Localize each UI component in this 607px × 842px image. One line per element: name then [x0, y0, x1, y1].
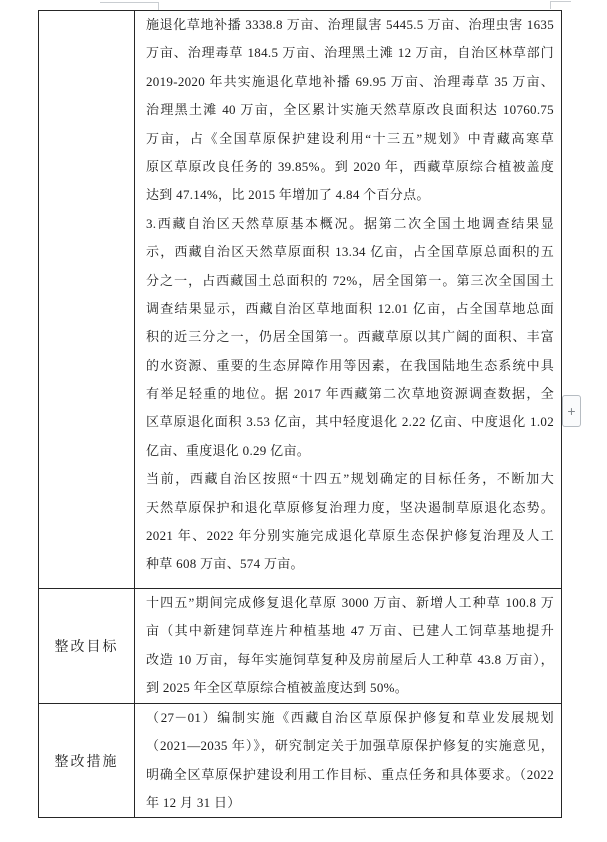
text-line: 治理黑土滩 40 万亩，全区累计实施天然草原改良面积达 10760.75 — [146, 96, 554, 124]
table-row-continuation: 施退化草地补播 3338.8 万亩、治理鼠害 5445.5 万亩、治理虫害 16… — [39, 11, 561, 588]
text-line: 明确全区草原保护建设利用工作目标、重点任务和具体要求。（2022 — [146, 761, 554, 789]
text-line: 2019-2020 年共实施退化草地补播 69.95 万亩、治理毒草 35 万亩… — [146, 68, 554, 96]
row-label-cell-continuation — [39, 11, 135, 588]
text-line: 2021 年、2022 年分别实施完成退化草原生态保护修复治理及人工 — [146, 522, 554, 550]
text-line: 调查结果显示，西藏自治区草地面积 12.01 亿亩，占全国草地总面 — [146, 295, 554, 323]
text-line: 的水资源、重要的生态屏障作用等因素，在我国陆地生态系统中具 — [146, 352, 554, 380]
text-line: （27－01）编制实施《西藏自治区草原保护修复和草业发展规划 — [146, 704, 554, 732]
expand-plus-button[interactable]: + — [562, 395, 581, 427]
cropped-overlay-fragment-right — [550, 1, 571, 9]
text-line: 十四五”期间完成修复退化草原 3000 万亩、新增人工种草 100.8 万 — [146, 589, 554, 617]
document-page: 施退化草地补播 3338.8 万亩、治理鼠害 5445.5 万亩、治理虫害 16… — [0, 0, 607, 842]
table-row-goals: 整改目标十四五”期间完成修复退化草原 3000 万亩、新增人工种草 100.8 … — [39, 588, 561, 703]
text-line: 到 2025 年全区草原综合植被盖度达到 50%。 — [146, 674, 554, 702]
text-line: 积的近三分之一，仍居全国第一。西藏草原以其广阔的面积、丰富 — [146, 323, 554, 351]
text-line: 种草 608 万亩、574 万亩。 — [146, 550, 554, 578]
table-row-measures: 整改措施（27－01）编制实施《西藏自治区草原保护修复和草业发展规划（2021—… — [39, 703, 561, 817]
text-line: 当前，西藏自治区按照“十四五”规划确定的目标任务，不断加大 — [146, 465, 554, 493]
rectification-table: 施退化草地补播 3338.8 万亩、治理鼠害 5445.5 万亩、治理虫害 16… — [38, 10, 562, 818]
row-label-cell-measures: 整改措施 — [39, 704, 135, 817]
text-line: 万亩、治理毒草 184.5 万亩、治理黑土滩 12 万亩，自治区林草部门 — [146, 39, 554, 67]
text-line: 施退化草地补播 3338.8 万亩、治理鼠害 5445.5 万亩、治理虫害 16… — [146, 11, 554, 39]
text-line: 3.西藏自治区天然草原基本概况。据第二次全国土地调查结果显 — [146, 210, 554, 238]
text-line: 区草原退化面积 3.53 亿亩，其中轻度退化 2.22 亿亩、中度退化 1.02 — [146, 408, 554, 436]
row-content-cell-measures: （27－01）编制实施《西藏自治区草原保护修复和草业发展规划（2021—2035… — [135, 704, 561, 817]
text-line: 亿亩、重度退化 0.29 亿亩。 — [146, 437, 554, 465]
row-label: 整改措施 — [55, 751, 119, 771]
text-line: 亩（其中新建饲草连片种植基地 47 万亩、已建人工饲草基地提升 — [146, 617, 554, 645]
row-content-cell-continuation: 施退化草地补播 3338.8 万亩、治理鼠害 5445.5 万亩、治理虫害 16… — [135, 11, 561, 588]
text-line: 改造 10 万亩，每年实施饲草复种及房前屋后人工种草 43.8 万亩）， — [146, 646, 554, 674]
text-line: 天然草原保护和退化草原修复治理力度，坚决遏制草原退化态势。 — [146, 494, 554, 522]
text-line: 分之一，占西藏国土总面积的 72%，居全国第一。第三次全国国土 — [146, 267, 554, 295]
row-label-cell-goals: 整改目标 — [39, 589, 135, 703]
text-line: 达到 47.14%，比 2015 年增加了 4.84 个百分点。 — [146, 181, 554, 209]
text-line: 示，西藏自治区天然草原面积 13.34 亿亩，占全国草原总面积的五 — [146, 238, 554, 266]
text-line: 有举足轻重的地位。据 2017 年西藏第二次草地资源调查数据，全 — [146, 380, 554, 408]
plus-icon: + — [567, 404, 575, 418]
row-label: 整改目标 — [55, 636, 119, 656]
text-line: （2021—2035 年）》，研究制定关于加强草原保护修复的实施意见， — [146, 732, 554, 760]
row-content-cell-goals: 十四五”期间完成修复退化草原 3000 万亩、新增人工种草 100.8 万亩（其… — [135, 589, 561, 703]
text-line: 原区草原改良任务的 39.85%。到 2020 年，西藏草原综合植被盖度 — [146, 153, 554, 181]
text-line: 万亩，占《全国草原保护建设利用“十三五”规划》中青藏高寒草 — [146, 125, 554, 153]
text-line: 年 12 月 31 日） — [146, 789, 554, 817]
